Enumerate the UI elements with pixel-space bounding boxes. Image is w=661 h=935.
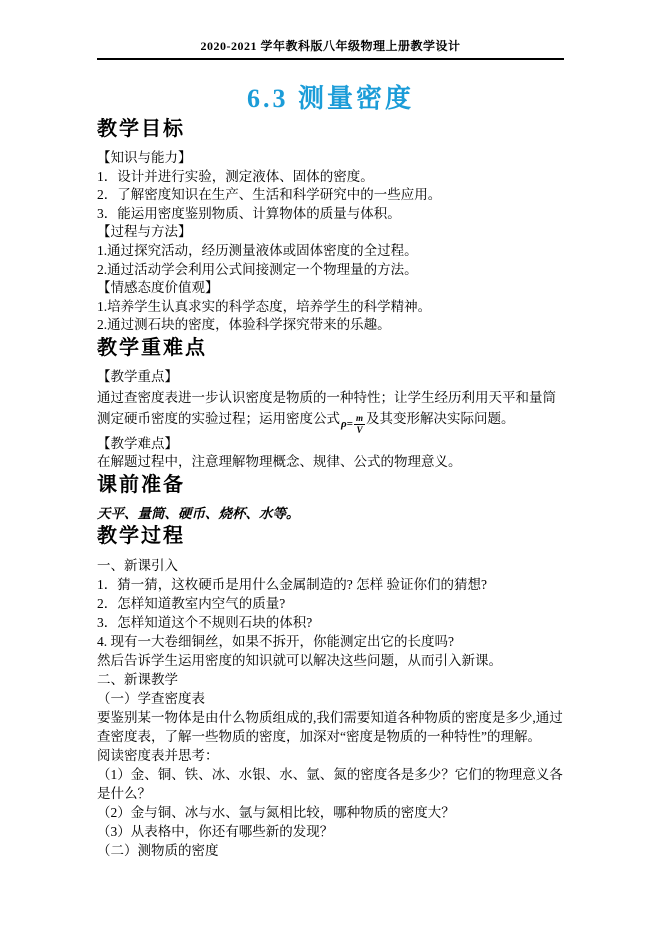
goals-line: 1.通过探究活动，经历测量液体或固体密度的全过程。 (97, 242, 564, 261)
teaching-difficulty-label: 【教学难点】 (97, 435, 564, 454)
process-section: 一、新课引入 1．猜一猜，这枚硬币是用什么金属制造的? 怎样 验证你们的猜想? … (97, 556, 564, 860)
formula-fraction: mV (354, 414, 365, 435)
process-line: （一）学查密度表 (97, 689, 564, 708)
process-line: 阅读密度表并思考： (97, 746, 564, 765)
process-line: （1）金、铜、铁、冰、水银、水、氩、氮的密度各是多少？它们的物理意义各是什么？ (97, 765, 564, 803)
process-line: （2）金与铜、冰与水、氩与氮相比较，哪种物质的密度大？ (97, 803, 564, 822)
process-line: 二、新课教学 (97, 670, 564, 689)
process-line: 4. 现有一大卷细铜丝，如果不拆开，你能测定出它的长度吗? (97, 632, 564, 651)
teaching-difficulty-text: 在解题过程中，注意理解物理概念、规律、公式的物理意义。 (97, 453, 564, 472)
formula-denominator: V (354, 425, 365, 435)
goals-line: 【知识与能力】 (97, 149, 564, 168)
preparation-section: 天平、量筒、硬币、烧杯、水等。 (97, 505, 564, 524)
process-line: 要鉴别某一物体是由什么物质组成的,我们需要知道各种物质的密度是多少,通过查密度表… (97, 708, 564, 746)
focus-text-after: 及其变形解决实际问题。 (366, 411, 515, 426)
process-line: 2．怎样知道教室内空气的质量? (97, 594, 564, 613)
process-line: 3．怎样知道这个不规则石块的体积? (97, 613, 564, 632)
preparation-note: 天平、量筒、硬币、烧杯、水等。 (97, 505, 564, 524)
section-heading-process: 教学过程 (97, 523, 564, 549)
goals-line: 2.通过测石块的密度，体验科学探究带来的乐趣。 (97, 316, 564, 335)
formula-lhs: ρ= (341, 414, 353, 435)
goals-line: 1.培养学生认真求实的科学态度，培养学生的科学精神。 (97, 298, 564, 317)
page-body: 2020-2021 学年教科版八年级物理上册教学设计 6.3 测量密度 教学目标… (97, 0, 564, 860)
process-line: 一、新课引入 (97, 556, 564, 575)
key-points-section: 【教学重点】 通过查密度表进一步认识密度是物质的一种特性；让学生经历利用天平和量… (97, 368, 564, 472)
goals-line: 2.通过活动学会利用公式间接测定一个物理量的方法。 (97, 261, 564, 280)
goals-line: 1．设计并进行实验，测定液体、固体的密度。 (97, 168, 564, 187)
section-heading-preparation: 课前准备 (97, 472, 564, 498)
document-header: 2020-2021 学年教科版八年级物理上册教学设计 (97, 38, 564, 54)
section-heading-goals: 教学目标 (97, 116, 564, 142)
process-line: （3）从表格中，你还有哪些新的发现？ (97, 822, 564, 841)
density-formula: ρ=mV (340, 414, 366, 435)
header-rule (97, 58, 564, 60)
page-title: 6.3 测量密度 (97, 82, 564, 116)
process-line: （二）测物质的密度 (97, 841, 564, 860)
goals-line: 【过程与方法】 (97, 223, 564, 242)
formula-numerator: m (354, 414, 365, 425)
teaching-focus-label: 【教学重点】 (97, 368, 564, 387)
goals-line: 【情感态度价值观】 (97, 279, 564, 298)
document-page: { "colors": { "title_blue": "#1B9CD8", "… (0, 0, 661, 935)
process-line: 1．猜一猜，这枚硬币是用什么金属制造的? 怎样 验证你们的猜想? (97, 575, 564, 594)
goals-section: 【知识与能力】 1．设计并进行实验，测定液体、固体的密度。 2．了解密度知识在生… (97, 149, 564, 335)
goals-line: 3．能运用密度鉴别物质、计算物体的质量与体积。 (97, 205, 564, 224)
process-line: 然后告诉学生运用密度的知识就可以解决这些问题，从而引入新课。 (97, 651, 564, 670)
goals-line: 2．了解密度知识在生产、生活和科学研究中的一些应用。 (97, 186, 564, 205)
teaching-focus-text: 通过查密度表进一步认识密度是物质的一种特性；让学生经历利用天平和量筒测定硬币密度… (97, 387, 564, 435)
section-heading-key-points: 教学重难点 (97, 335, 564, 361)
